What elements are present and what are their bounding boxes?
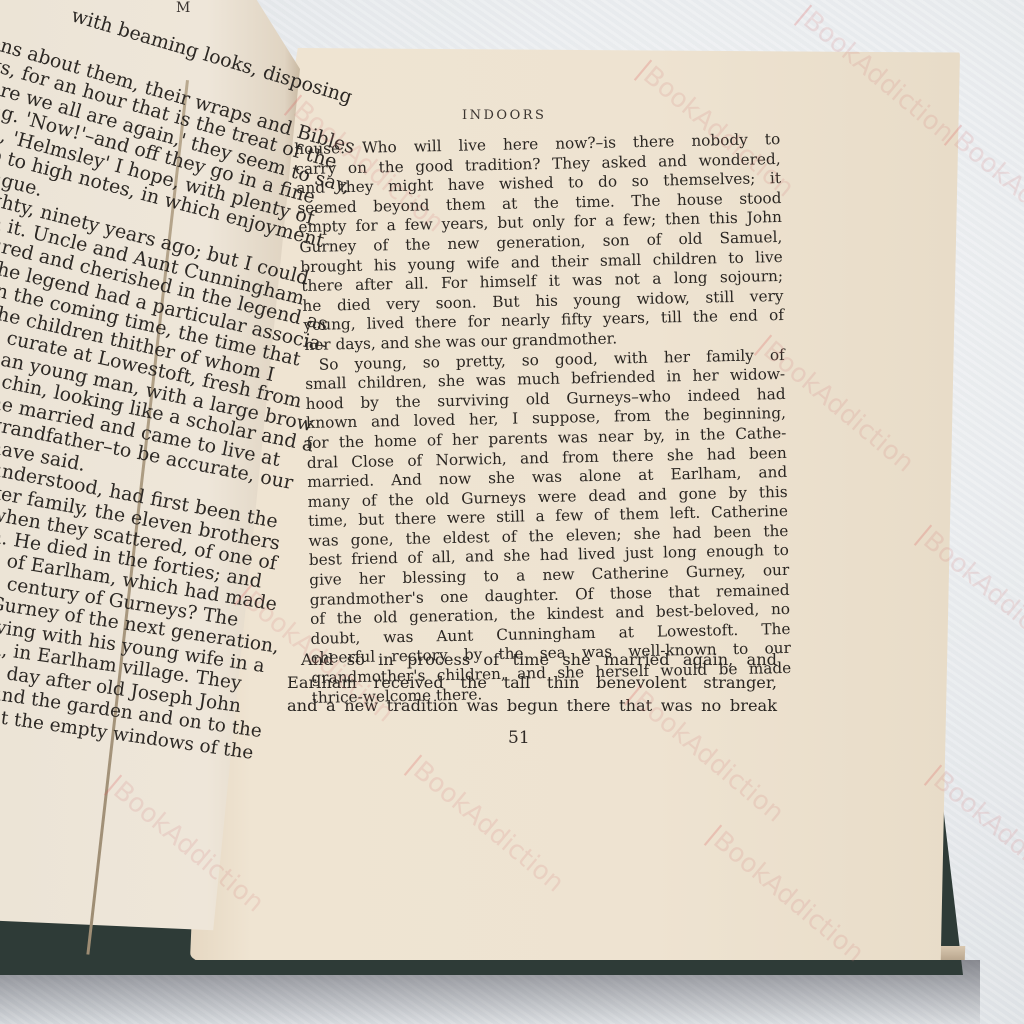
- text-line: and a new tradition was begun there that…: [287, 694, 777, 717]
- text-line: And so in process of time she married ag…: [287, 648, 777, 671]
- text-line: Earlham received the tall thin benevolen…: [287, 671, 777, 694]
- right-page-body: house. Who will live here now?–is there …: [300, 130, 792, 708]
- running-head-right: INDOORS: [462, 108, 546, 123]
- page-number: 51: [508, 728, 530, 748]
- right-page-body-bottom: And so in process of time she married ag…: [287, 648, 777, 717]
- running-head-left: M: [176, 0, 192, 16]
